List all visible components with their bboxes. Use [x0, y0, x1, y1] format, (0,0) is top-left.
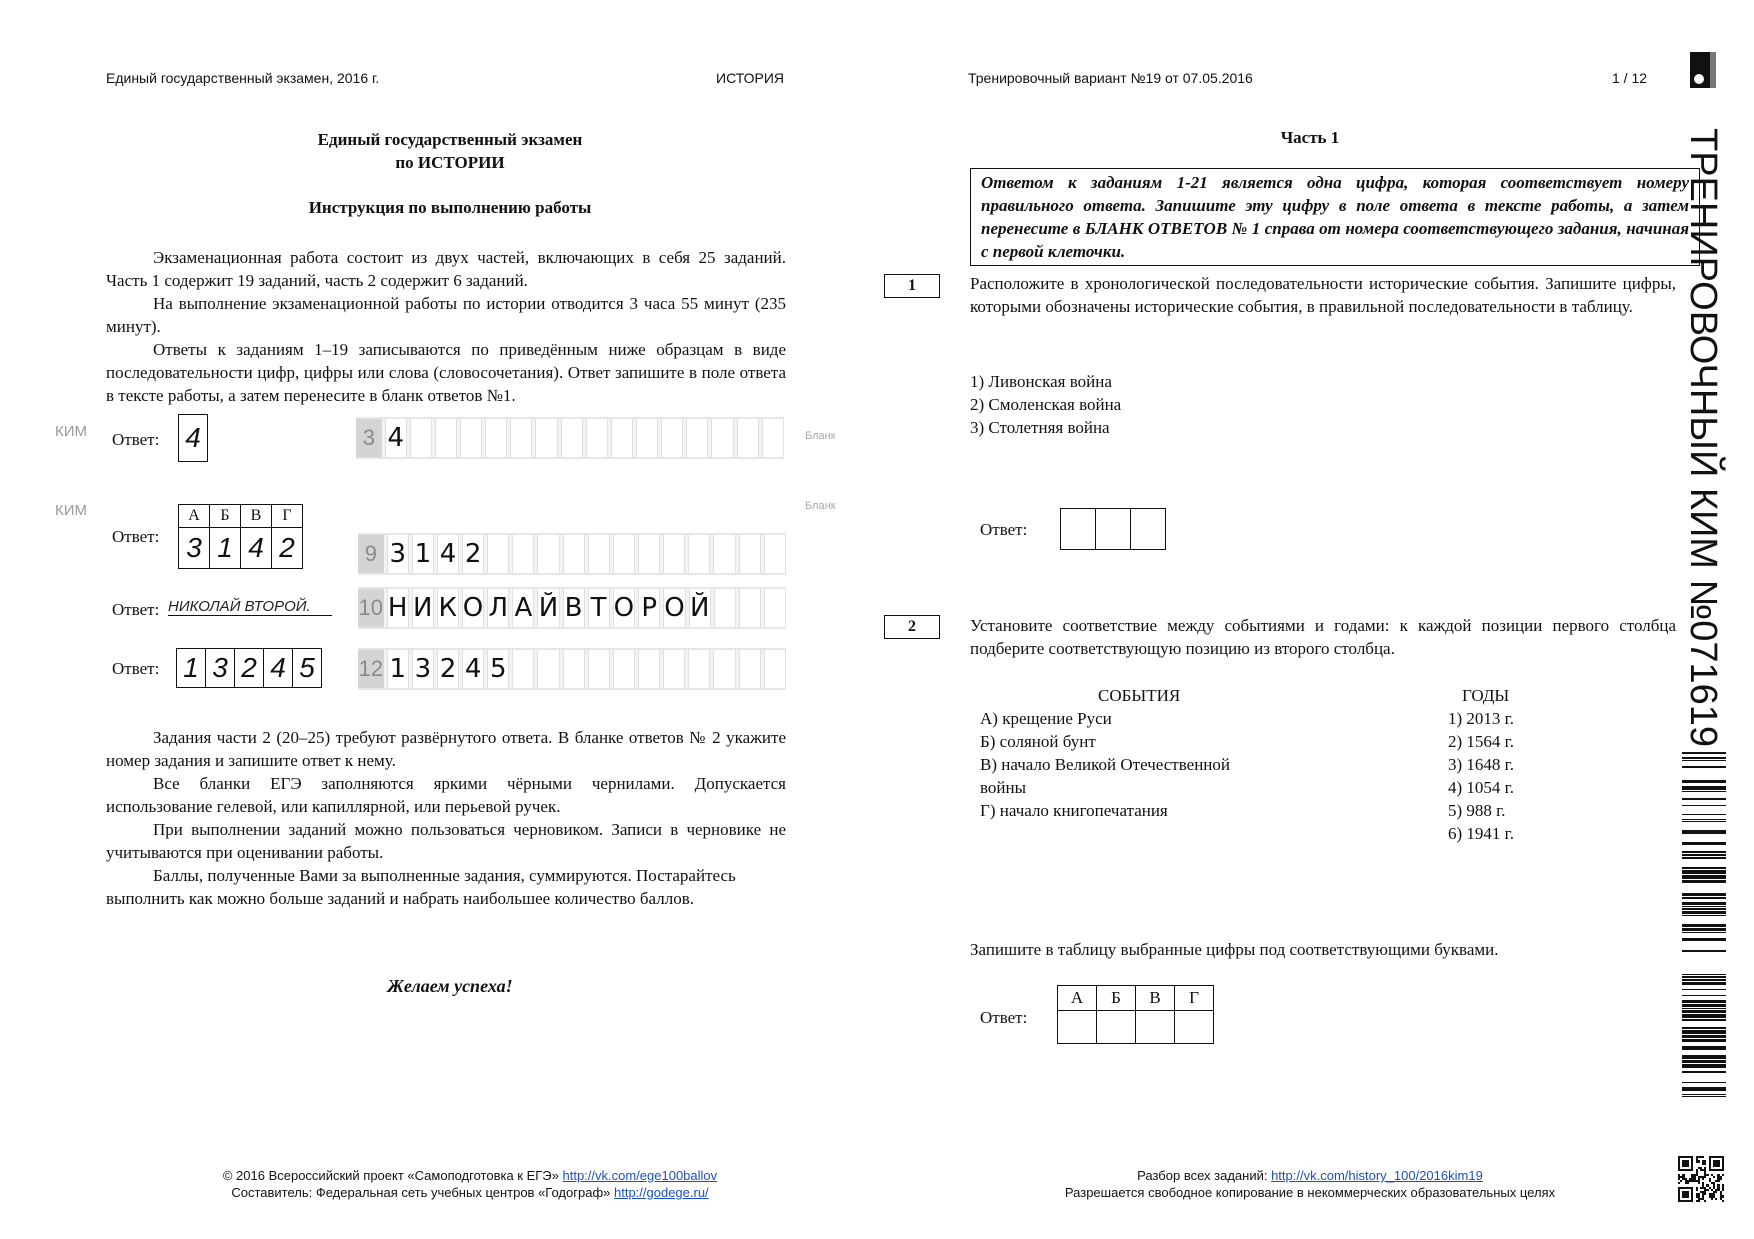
- task1-answer-cell[interactable]: [1131, 509, 1166, 550]
- year-item: 4) 1054 г.: [1448, 776, 1568, 799]
- task2-write-instruction: Запишите в таблицу выбранные цифры под с…: [970, 938, 1676, 961]
- strip-task-number: 9: [358, 535, 384, 573]
- strip-task-number: 3: [356, 419, 382, 457]
- answer-instruction-box: Ответом к заданиям 1-21 является одна ци…: [970, 168, 1700, 266]
- strip-cell: [586, 419, 608, 457]
- year-item: 2) 1564 г.: [1448, 730, 1568, 753]
- table-value: 3: [206, 649, 235, 688]
- wish-text: Желаем успеха!: [250, 976, 650, 997]
- answer-table-header-g: Г: [1175, 986, 1214, 1011]
- footer-copyright: © 2016 Всероссийский проект «Самоподгото…: [223, 1168, 563, 1183]
- task1-options: 1) Ливонская война 2) Смоленская война 3…: [970, 370, 1370, 439]
- corner-marker-icon: [1690, 52, 1710, 88]
- instructions-bottom: Задания части 2 (20–25) требуют развёрну…: [106, 726, 786, 910]
- strip-cell: [713, 650, 735, 688]
- blank-label: Бланк: [805, 500, 836, 512]
- sample1-kim-answer: 4: [178, 414, 208, 462]
- strip-cell: [638, 535, 660, 573]
- instruction-title: Инструкция по выполнению работы: [200, 198, 700, 218]
- task2-answer-cell[interactable]: [1058, 1011, 1097, 1044]
- strip-cell: Т: [588, 589, 610, 627]
- qr-code-icon: [1678, 1156, 1724, 1202]
- strip-cell: [563, 535, 585, 573]
- strip-cell: [764, 650, 786, 688]
- table-value: 5: [293, 649, 322, 688]
- table-header-a: А: [179, 505, 210, 528]
- strip-cell: 4: [385, 419, 407, 457]
- strip-cell: 1: [387, 650, 409, 688]
- task-number-1: 1: [884, 274, 940, 298]
- footer-link-vk-history[interactable]: http://vk.com/history_100/2016kim19: [1271, 1168, 1483, 1183]
- strip-task-number: 10: [358, 589, 384, 627]
- task2-answer-label: Ответ:: [980, 1008, 1027, 1028]
- sample3-blank-strip: 10 Н И К О Л А Й В Т О Р О Й: [358, 587, 786, 629]
- year-item: 3) 1648 г.: [1448, 753, 1568, 776]
- sample4-kim-table: 1 3 2 4 5: [176, 648, 322, 688]
- sample2-blank-strip: 9 3 1 4 2: [358, 533, 786, 575]
- sample1-blank-strip: 3 4: [356, 417, 784, 459]
- table-value: 2: [235, 649, 264, 688]
- header-subject: ИСТОРИЯ: [716, 70, 784, 86]
- strip-cell: [714, 589, 736, 627]
- strip-cell: [636, 419, 658, 457]
- footer-left: © 2016 Всероссийский проект «Самоподгото…: [120, 1167, 820, 1201]
- task1-answer-label: Ответ:: [980, 520, 1027, 540]
- strip-cell: [435, 419, 457, 457]
- strip-cell: А: [512, 589, 534, 627]
- instruction-paragraph: Все бланки ЕГЭ заполняются яркими чёрным…: [106, 772, 786, 818]
- strip-cell: [711, 419, 733, 457]
- footer-analysis-label: Разбор всех заданий:: [1137, 1168, 1271, 1183]
- strip-cell: [688, 535, 710, 573]
- strip-cell: [485, 419, 507, 457]
- strip-cell: 4: [437, 535, 459, 573]
- strip-cell: [510, 419, 532, 457]
- instruction-paragraph: Ответы к заданиям 1–19 записываются по п…: [106, 338, 786, 407]
- strip-cell: 4: [462, 650, 484, 688]
- table-header-g: Г: [272, 505, 303, 528]
- instruction-paragraph: При выполнении заданий можно пользоватьс…: [106, 818, 786, 864]
- strip-cell: [764, 535, 786, 573]
- answer-label: Ответ:: [112, 527, 159, 547]
- strip-cell: [613, 650, 635, 688]
- header-page-number: 1 / 12: [1612, 70, 1647, 86]
- event-item: Б) соляной бунт: [980, 730, 1320, 753]
- task-number-2: 2: [884, 615, 940, 639]
- table-header-b: Б: [210, 505, 241, 528]
- strip-cell: Н: [387, 589, 409, 627]
- part-title: Часть 1: [1210, 128, 1410, 148]
- exam-title-line2: по ИСТОРИИ: [250, 151, 650, 174]
- footer-right: Разбор всех заданий: http://vk.com/histo…: [1000, 1167, 1620, 1201]
- strip-cell: [561, 419, 583, 457]
- strip-cell: 3: [412, 650, 434, 688]
- table-header-v: В: [241, 505, 272, 528]
- event-item: войны: [980, 776, 1320, 799]
- task1-option: 3) Столетняя война: [970, 416, 1370, 439]
- strip-cell: [739, 650, 761, 688]
- strip-cell: К: [437, 589, 459, 627]
- strip-cell: Р: [638, 589, 660, 627]
- task2-answer-cell[interactable]: [1136, 1011, 1175, 1044]
- strip-cell: 3: [387, 535, 409, 573]
- task2-text: Установите соответствие между событиями …: [970, 614, 1676, 660]
- instruction-paragraph: Задания части 2 (20–25) требуют развёрну…: [106, 726, 786, 772]
- strip-cell: 5: [487, 650, 509, 688]
- strip-cell: Й: [537, 589, 559, 627]
- task1-text: Расположите в хронологической последоват…: [970, 272, 1676, 318]
- years-column-header: ГОДЫ: [1462, 684, 1509, 707]
- year-item: 5) 988 г.: [1448, 799, 1568, 822]
- strip-cell: Й: [689, 589, 711, 627]
- strip-cell: [663, 535, 685, 573]
- strip-cell: [537, 535, 559, 573]
- strip-cell: 2: [437, 650, 459, 688]
- strip-cell: [613, 535, 635, 573]
- strip-task-number: 12: [358, 650, 384, 688]
- footer-author: Составитель: Федеральная сеть учебных це…: [231, 1185, 614, 1200]
- strip-cell: Л: [487, 589, 509, 627]
- answer-label: Ответ:: [112, 430, 159, 450]
- strip-cell: [611, 419, 633, 457]
- task2-answer-cell[interactable]: [1097, 1011, 1136, 1044]
- task1-answer-cell[interactable]: [1061, 509, 1096, 550]
- instruction-paragraph: На выполнение экзаменационной работы по …: [106, 292, 786, 338]
- answer-table-header-a: А: [1058, 986, 1097, 1011]
- header-exam-title: Единый государственный экзамен, 2016 г.: [106, 70, 379, 86]
- events-list: А) крещение Руси Б) соляной бунт В) нача…: [980, 707, 1320, 822]
- event-item: В) начало Великой Отечественной: [980, 753, 1320, 776]
- sample4-blank-strip: 12 1 3 2 4 5: [358, 648, 786, 690]
- exam-title-line1: Единый государственный экзамен: [250, 128, 650, 151]
- kim-label: КИМ: [55, 502, 87, 519]
- footer-copy-permission: Разрешается свободное копирование в неко…: [1000, 1184, 1620, 1201]
- strip-cell: [535, 419, 557, 457]
- strip-cell: [638, 650, 660, 688]
- strip-cell: [688, 650, 710, 688]
- strip-cell: [588, 650, 610, 688]
- strip-cell: О: [613, 589, 635, 627]
- header-variant: Тренировочный вариант №19 от 07.05.2016: [968, 70, 1253, 86]
- strip-cell: [487, 535, 509, 573]
- year-item: 1) 2013 г.: [1448, 707, 1568, 730]
- strip-cell: В: [563, 589, 585, 627]
- strip-cell: [512, 650, 534, 688]
- task1-option: 1) Ливонская война: [970, 370, 1370, 393]
- footer-link-godege[interactable]: http://godege.ru/: [614, 1185, 709, 1200]
- event-item: Г) начало книгопечатания: [980, 799, 1320, 822]
- strip-cell: О: [663, 589, 685, 627]
- strip-cell: [512, 535, 534, 573]
- strip-cell: 2: [462, 535, 484, 573]
- table-value: 4: [241, 528, 272, 569]
- instruction-paragraph: Баллы, полученные Вами за выполненные за…: [106, 864, 786, 910]
- sample3-kim-answer: НИКОЛАЙ ВТОРОЙ.: [168, 598, 332, 616]
- strip-cell: [713, 535, 735, 573]
- table-value: 3: [179, 528, 210, 569]
- strip-cell: [588, 535, 610, 573]
- answer-label: Ответ:: [112, 600, 159, 620]
- strip-cell: [739, 535, 761, 573]
- footer-link-vk-ege100ballov[interactable]: http://vk.com/ege100ballov: [563, 1168, 718, 1183]
- strip-cell: [762, 419, 784, 457]
- strip-cell: О: [462, 589, 484, 627]
- events-column-header: СОБЫТИЯ: [1098, 684, 1180, 707]
- table-value: 1: [177, 649, 206, 688]
- barcode-icon: [1682, 752, 1726, 1100]
- strip-cell: [686, 419, 708, 457]
- years-list: 1) 2013 г. 2) 1564 г. 3) 1648 г. 4) 1054…: [1448, 707, 1568, 845]
- answer-label: Ответ:: [112, 659, 159, 679]
- strip-cell: [460, 419, 482, 457]
- vertical-kim-text: ТРЕНИРОВОЧНЫЙ КИМ №071619: [1681, 128, 1724, 747]
- blank-label: Бланк: [805, 430, 836, 442]
- table-value: 1: [210, 528, 241, 569]
- task1-answer-table: [1060, 508, 1166, 550]
- strip-cell: [739, 589, 761, 627]
- strip-cell: [737, 419, 759, 457]
- kim-label: КИМ: [55, 423, 87, 440]
- table-value: 4: [264, 649, 293, 688]
- task2-answer-table: А Б В Г: [1057, 985, 1214, 1044]
- exam-title: Единый государственный экзамен по ИСТОРИ…: [250, 128, 650, 174]
- table-value: 2: [272, 528, 303, 569]
- answer-table-header-b: Б: [1097, 986, 1136, 1011]
- strip-cell: [764, 589, 786, 627]
- strip-cell: [661, 419, 683, 457]
- sample2-kim-table: А Б В Г 3 1 4 2: [178, 504, 303, 569]
- instructions-top: Экзаменационная работа состоит из двух ч…: [106, 246, 786, 407]
- strip-cell: [537, 650, 559, 688]
- strip-cell: 1: [412, 535, 434, 573]
- event-item: А) крещение Руси: [980, 707, 1320, 730]
- strip-cell: [410, 419, 432, 457]
- instruction-paragraph: Экзаменационная работа состоит из двух ч…: [106, 246, 786, 292]
- task1-answer-cell[interactable]: [1096, 509, 1131, 550]
- vertical-kim-label: ТРЕНИРОВОЧНЫЙ КИМ №071619: [1672, 128, 1732, 708]
- task2-answer-cell[interactable]: [1175, 1011, 1214, 1044]
- task1-option: 2) Смоленская война: [970, 393, 1370, 416]
- strip-cell: [663, 650, 685, 688]
- answer-table-header-v: В: [1136, 986, 1175, 1011]
- year-item: 6) 1941 г.: [1448, 822, 1568, 845]
- strip-cell: И: [412, 589, 434, 627]
- strip-cell: [563, 650, 585, 688]
